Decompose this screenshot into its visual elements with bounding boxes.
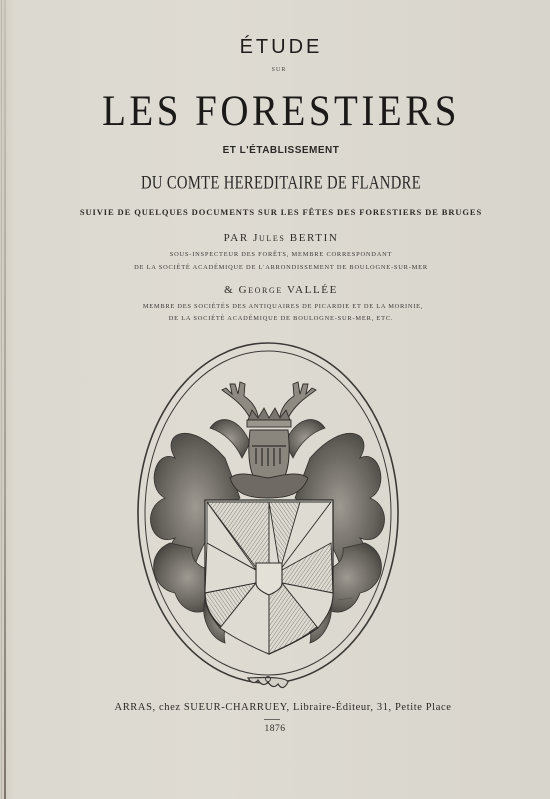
subtitle-comte: DU COMTE HEREDITAIRE DE FLANDRE xyxy=(45,172,518,194)
publication-year: 1876 xyxy=(0,724,550,734)
author-1-role-1: SOUS-INSPECTEUR DES FORÊTS, MEMBRE CORRE… xyxy=(6,251,550,258)
imprint: ARRAS, chez SUEUR-CHARRUEY, Libraire-Édi… xyxy=(8,702,550,713)
title-sur: SUR xyxy=(4,67,550,73)
title-page: ÉTUDE SUR LES FORESTIERS ET L'ÉTABLISSEM… xyxy=(0,0,550,799)
author-1: PAR Jules BERTIN xyxy=(6,232,550,244)
author-1-name: Jules BERTIN xyxy=(253,232,338,244)
title-etude: ÉTUDE xyxy=(6,36,550,59)
author-1-prefix: PAR xyxy=(224,232,249,244)
subtitle-suivie: SUIVIE DE QUELQUES DOCUMENTS SUR LES FÊT… xyxy=(6,207,550,217)
author-2: & George VALLÉE xyxy=(6,284,550,296)
author-2-role-1: MEMBRE DES SOCIÉTÉS DES ANTIQUAIRES DE P… xyxy=(8,303,550,310)
coat-of-arms-icon xyxy=(130,338,410,700)
author-2-prefix: & xyxy=(224,284,234,296)
author-2-name: George VALLÉE xyxy=(239,284,338,296)
author-2-role-2: DE LA SOCIÉTÉ ACADÉMIQUE DE BOULOGNE-SUR… xyxy=(6,315,550,322)
divider-rule xyxy=(264,719,280,720)
main-title: LES FORESTIERS xyxy=(6,86,550,136)
subtitle-etablissement: ET L'ÉTABLISSEMENT xyxy=(6,145,550,156)
author-1-role-2: DE LA SOCIÉTÉ ACADÉMIQUE DE L'ARRONDISSE… xyxy=(6,264,550,271)
